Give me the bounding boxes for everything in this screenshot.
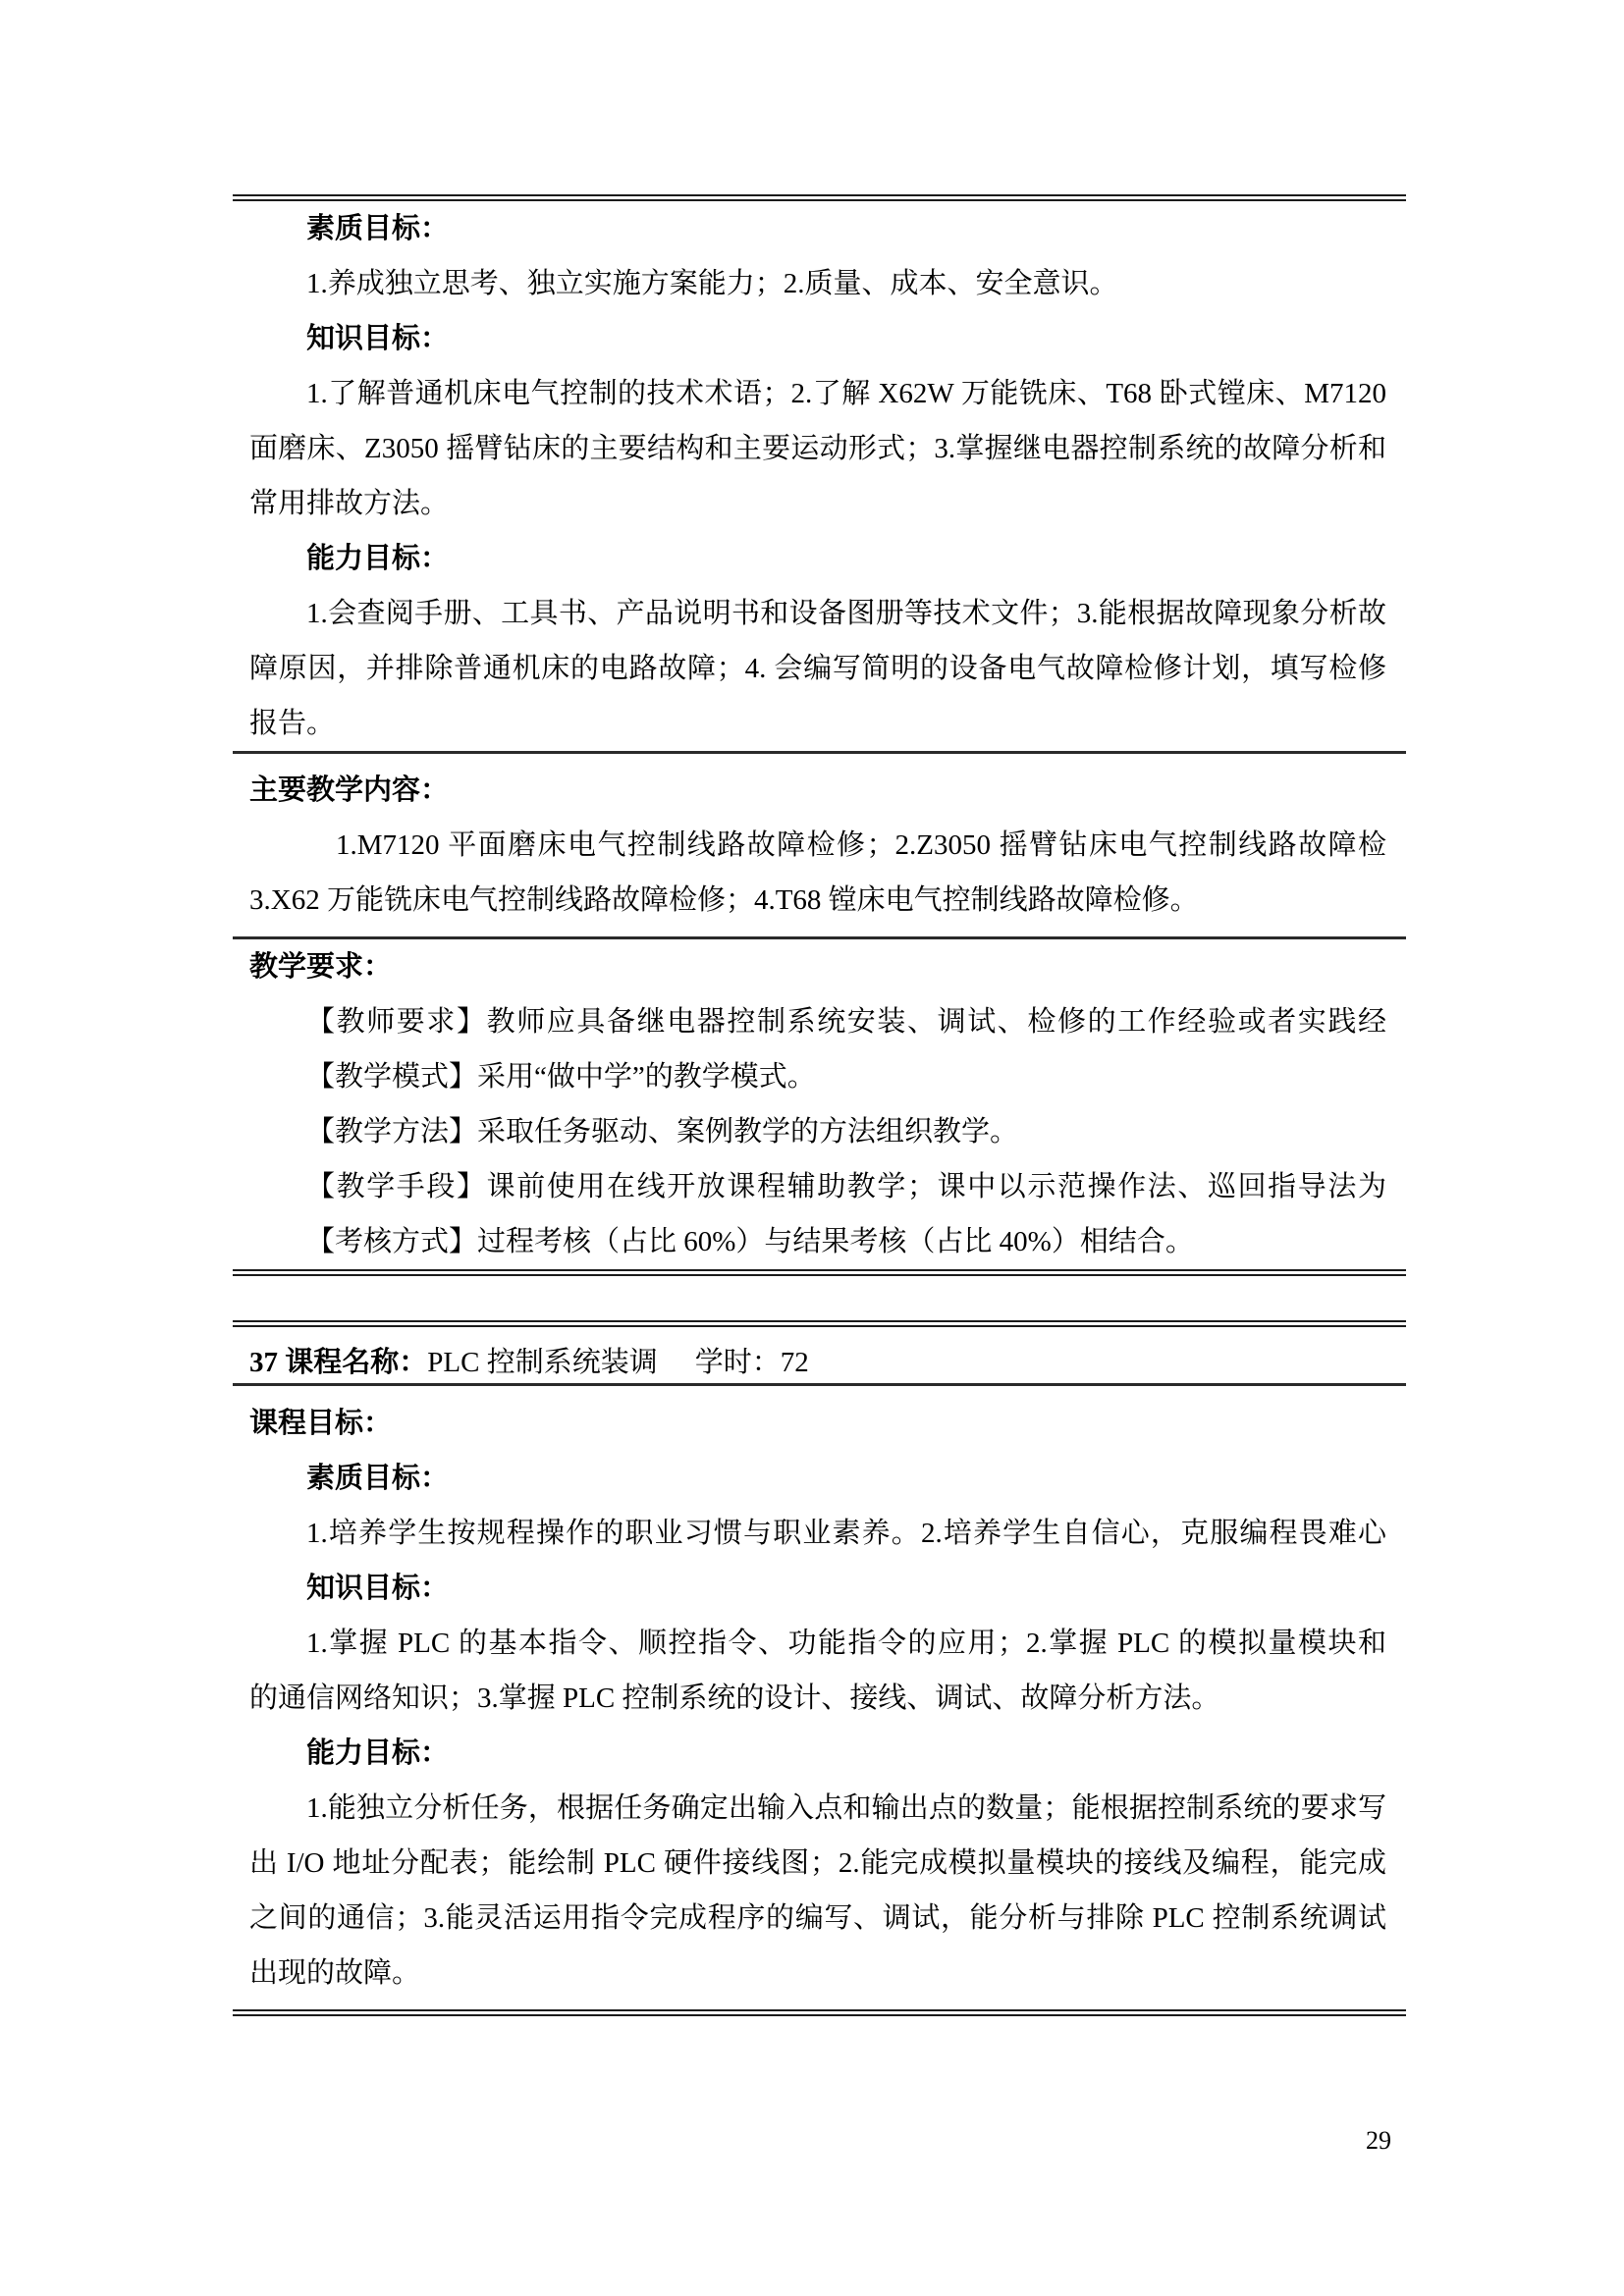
knowledge-objectives-line-1: 1.了解普通机床电气控制的技术术语；2.了解 X62W 万能铣床、T68 卧式镗… [249, 366, 1386, 421]
c37-knowledge-objectives-line-1: 1.掌握 PLC 的基本指令、顺控指令、功能指令的应用；2.掌握 PLC 的模拟… [249, 1616, 1386, 1671]
quality-objectives-paragraph: 1.养成独立思考、独立实施方案能力；2.质量、成本、安全意识。 [249, 256, 1386, 311]
knowledge-objectives-line-3: 常用排故方法。 [249, 476, 1386, 531]
c37-ability-objectives-line-3: 之间的通信；3.能灵活运用指令完成程序的编写、调试，能分析与排除 PLC 控制系… [249, 1891, 1386, 1946]
course36-table: 素质目标： 1.养成独立思考、独立实施方案能力；2.质量、成本、安全意识。 知识… [233, 194, 1406, 1276]
knowledge-objectives-heading: 知识目标： [249, 311, 1386, 366]
teaching-means-paragraph: 【教学手段】课前使用在线开放课程辅助教学；课中以示范操作法、巡回指导法为主。 [249, 1159, 1386, 1214]
teaching-mode-paragraph: 【教学模式】采用“做中学”的教学模式。 [249, 1049, 1386, 1104]
course-objectives-heading: 课程目标： [249, 1396, 1386, 1451]
c37-quality-objectives-paragraph: 1.培养学生按规程操作的职业习惯与职业素养。2.培养学生自信心，克服编程畏难心理… [249, 1506, 1386, 1561]
document-content: 素质目标： 1.养成独立思考、独立实施方案能力；2.质量、成本、安全意识。 知识… [233, 194, 1406, 2016]
teaching-requirements-heading: 教学要求： [249, 939, 1386, 994]
teaching-content-line-1: 1.M7120 平面磨床电气控制线路故障检修；2.Z3050 摇臂钻床电气控制线… [249, 818, 1386, 873]
course37-objectives-section: 课程目标： 素质目标： 1.培养学生按规程操作的职业习惯与职业素养。2.培养学生… [233, 1386, 1406, 2016]
quality-objectives-heading: 素质目标： [249, 201, 1386, 256]
document-page: 素质目标： 1.养成独立思考、独立实施方案能力；2.质量、成本、安全意识。 知识… [0, 0, 1624, 2296]
teacher-requirement-paragraph: 【教师要求】教师应具备继电器控制系统安装、调试、检修的工作经验或者实践经历。 [249, 994, 1386, 1049]
course37-hours-value: 72 [781, 1347, 809, 1378]
page-number: 29 [1366, 2125, 1391, 2157]
c37-ability-objectives-line-4: 出现的故障。 [249, 1946, 1386, 2001]
course37-number-label: 37 课程名称： [249, 1347, 427, 1378]
course37-name: PLC 控制系统装调 [427, 1347, 657, 1378]
course37-hours-label: 学时： [695, 1347, 781, 1378]
course36-teaching-requirements-section: 教学要求： 【教师要求】教师应具备继电器控制系统安装、调试、检修的工作经验或者实… [233, 939, 1406, 1276]
assessment-method-paragraph: 【考核方式】过程考核（占比 60%）与结果考核（占比 40%）相结合。 [249, 1214, 1386, 1269]
c37-knowledge-objectives-heading: 知识目标： [249, 1561, 1386, 1616]
c37-ability-objectives-line-2: 出 I/O 地址分配表；能绘制 PLC 硬件接线图；2.能完成模拟量模块的接线及… [249, 1836, 1386, 1891]
teaching-method-paragraph: 【教学方法】采取任务驱动、案例教学的方法组织教学。 [249, 1104, 1386, 1159]
course36-teaching-content-section: 主要教学内容： 1.M7120 平面磨床电气控制线路故障检修；2.Z3050 摇… [233, 754, 1406, 939]
knowledge-objectives-line-2: 面磨床、Z3050 摇臂钻床的主要结构和主要运动形式；3.掌握继电器控制系统的故… [249, 421, 1386, 476]
c37-quality-objectives-heading: 素质目标： [249, 1451, 1386, 1506]
course37-table: 37 课程名称：PLC 控制系统装调学时：72 课程目标： 素质目标： 1.培养… [233, 1320, 1406, 2016]
ability-objectives-heading: 能力目标： [249, 531, 1386, 586]
c37-knowledge-objectives-line-2: 的通信网络知识；3.掌握 PLC 控制系统的设计、接线、调试、故障分析方法。 [249, 1671, 1386, 1726]
ability-objectives-line-3: 报告。 [249, 696, 1386, 751]
c37-ability-objectives-heading: 能力目标： [249, 1726, 1386, 1781]
ability-objectives-line-2: 障原因，并排除普通机床的电路故障；4. 会编写简明的设备电气故障检修计划，填写检… [249, 641, 1386, 696]
teaching-content-line-2: 3.X62 万能铣床电气控制线路故障检修；4.T68 镗床电气控制线路故障检修。 [249, 873, 1386, 928]
course37-title-row: 37 课程名称：PLC 控制系统装调学时：72 [233, 1320, 1406, 1386]
ability-objectives-line-1: 1.会查阅手册、工具书、产品说明书和设备图册等技术文件；3.能根据故障现象分析故 [249, 586, 1386, 641]
c37-ability-objectives-line-1: 1.能独立分析任务，根据任务确定出输入点和输出点的数量；能根据控制系统的要求写 [249, 1781, 1386, 1836]
table-gap [233, 1276, 1406, 1320]
course36-objectives-section: 素质目标： 1.养成独立思考、独立实施方案能力；2.质量、成本、安全意识。 知识… [233, 194, 1406, 754]
teaching-content-heading: 主要教学内容： [249, 763, 1386, 818]
